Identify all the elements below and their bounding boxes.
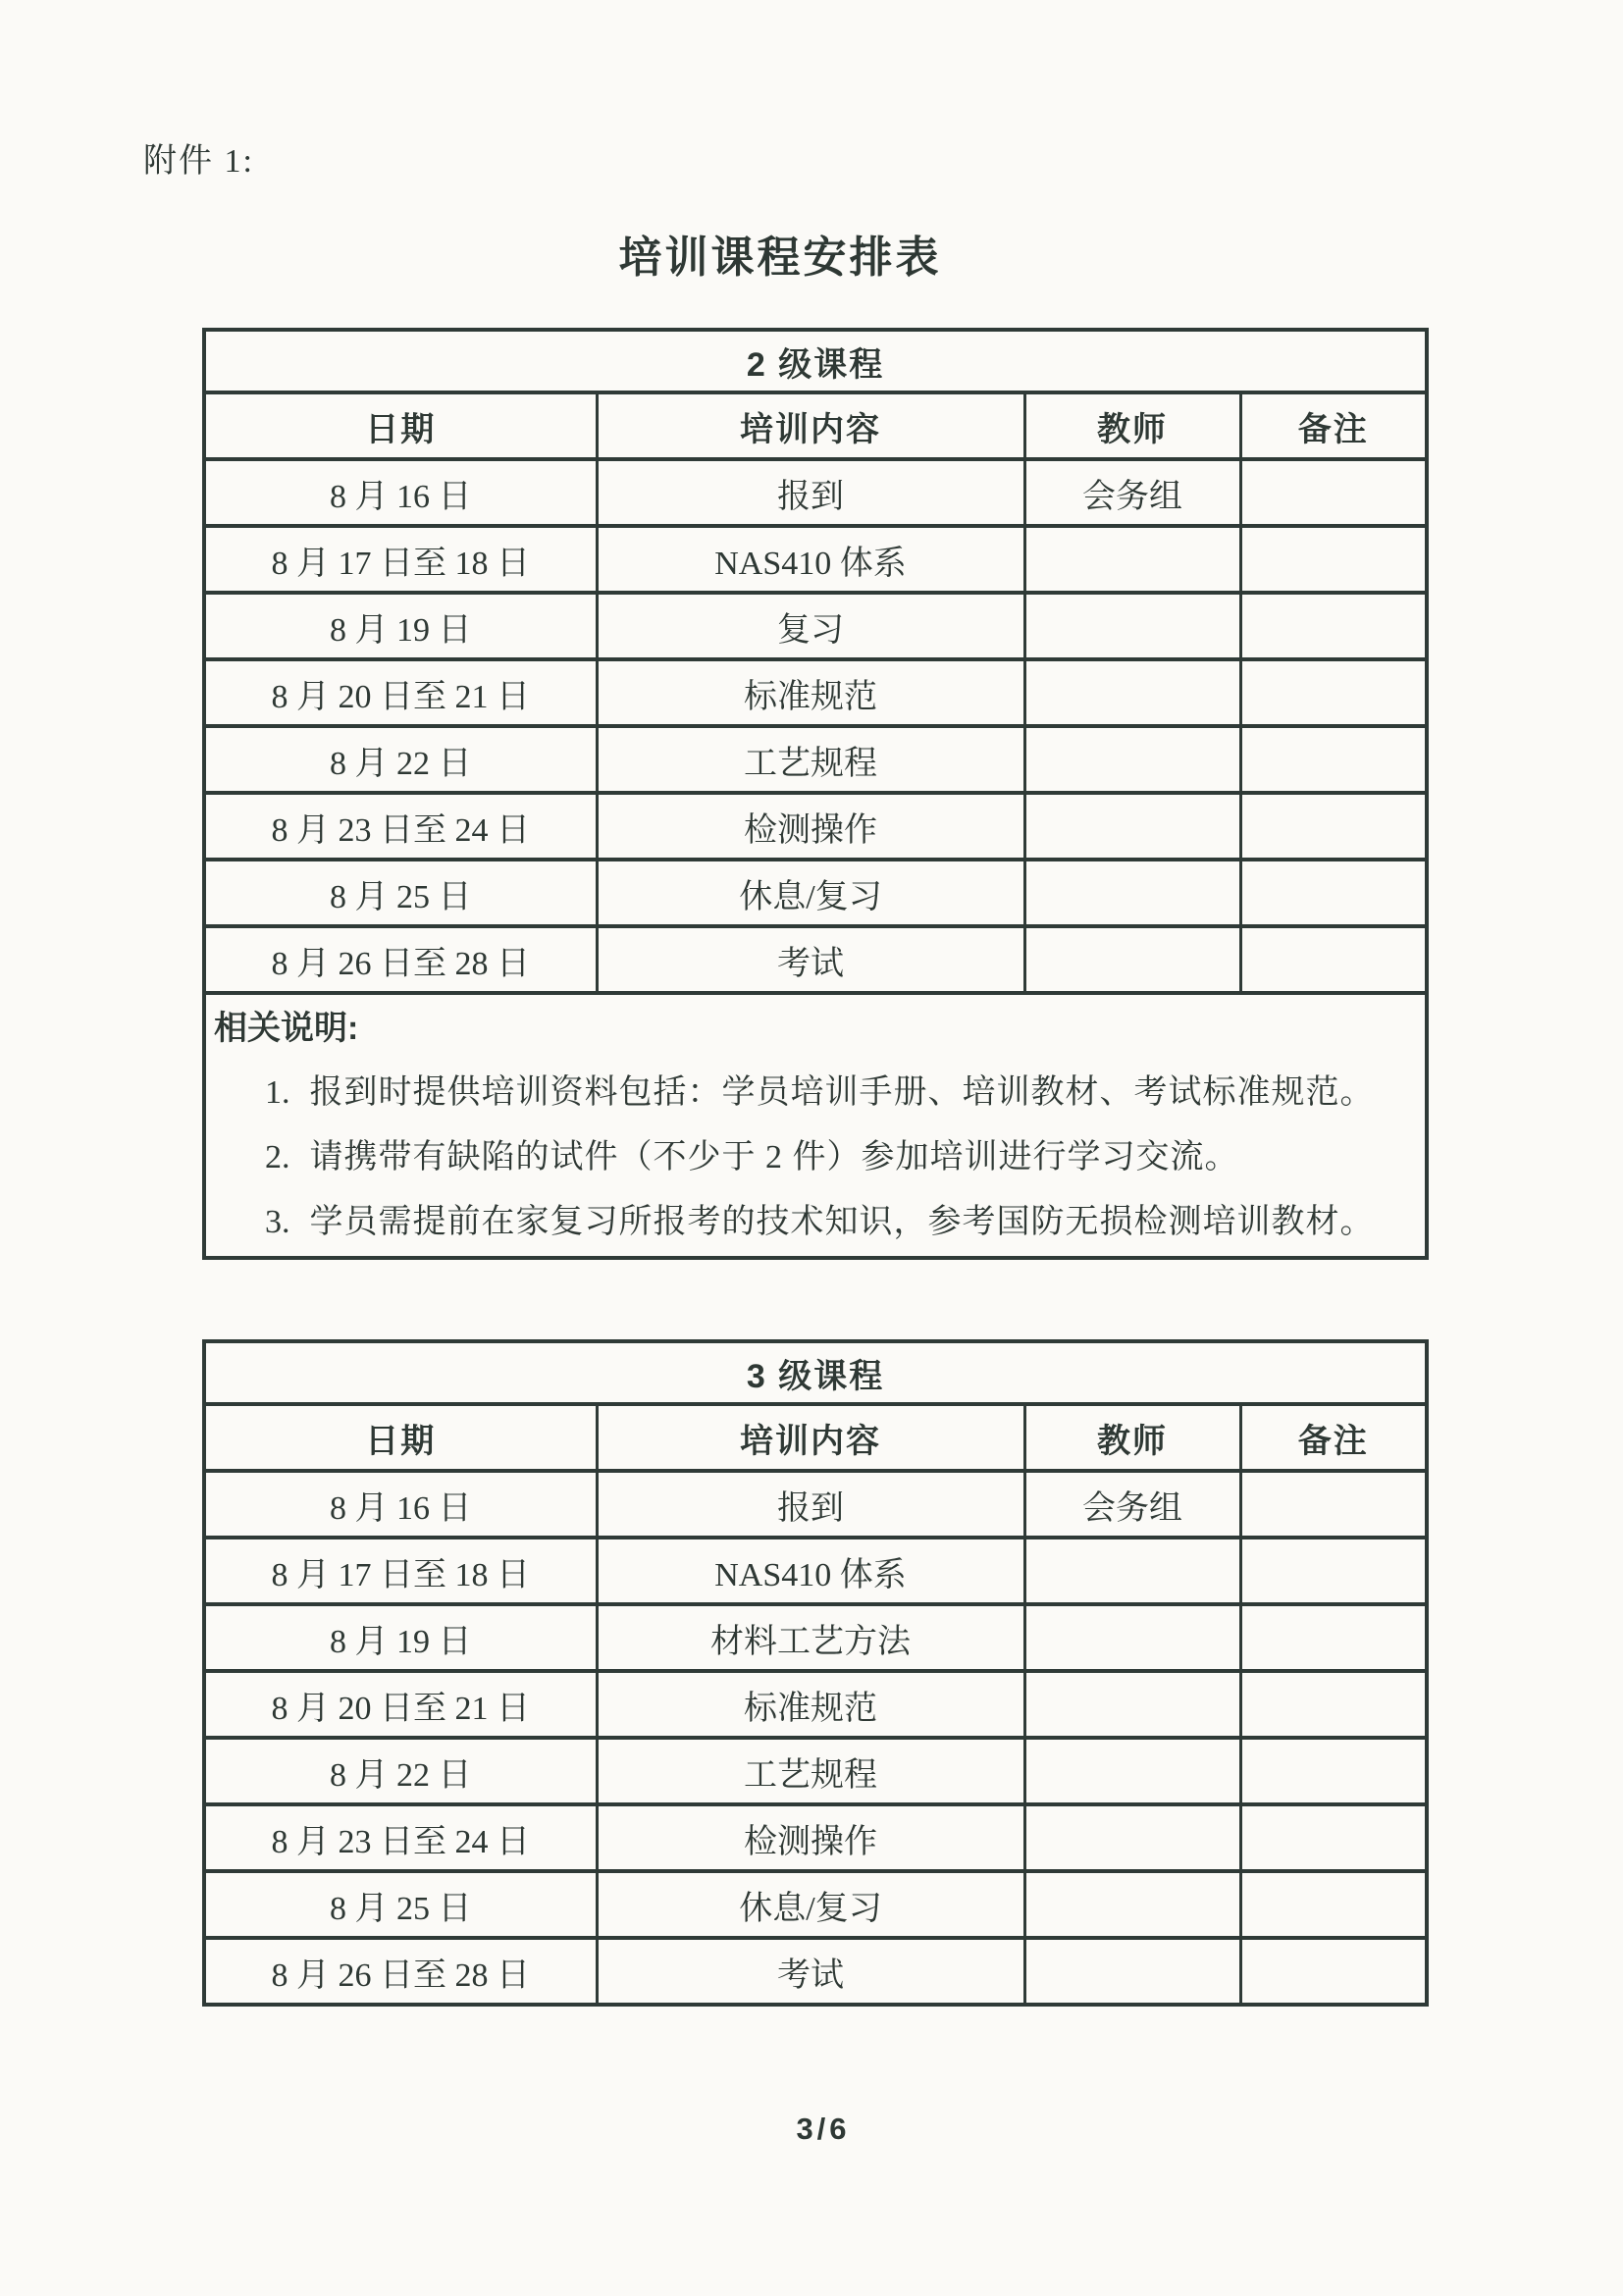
content-cell: 检测操作 <box>597 793 1024 860</box>
content-cell: 标准规范 <box>597 1671 1024 1738</box>
content-cell: 休息/复习 <box>597 860 1024 926</box>
teacher-cell <box>1024 793 1240 860</box>
table-row: 8 月 17 日至 18 日 NAS410 体系 <box>204 526 1427 593</box>
table-title-row: 2 级课程 <box>204 330 1427 392</box>
column-header-teacher: 教师 <box>1024 392 1240 459</box>
teacher-cell <box>1024 860 1240 926</box>
remark-cell <box>1240 1938 1427 2005</box>
table-row: 8 月 20 日至 21 日 标准规范 <box>204 1671 1427 1738</box>
remark-cell <box>1240 526 1427 593</box>
note-item: 3. 学员需提前在家复习所报考的技术知识，参考国防无损检测培训教材。 <box>265 1201 1411 1244</box>
content-cell: 复习 <box>597 593 1024 659</box>
notes-row: 相关说明: 1. 报到时提供培训资料包括：学员培训手册、培训教材、考试标准规范。… <box>204 993 1427 1258</box>
note-number: 2. <box>265 1136 290 1179</box>
note-text: 学员需提前在家复习所报考的技术知识，参考国防无损检测培训教材。 <box>310 1201 1412 1244</box>
teacher-cell <box>1024 726 1240 793</box>
table-row: 8 月 26 日至 28 日 考试 <box>204 1938 1427 2005</box>
teacher-cell: 会务组 <box>1024 459 1240 526</box>
teacher-cell <box>1024 1538 1240 1604</box>
teacher-cell <box>1024 526 1240 593</box>
content-cell: 标准规范 <box>597 659 1024 726</box>
date-cell: 8 月 22 日 <box>204 1738 597 1804</box>
date-cell: 8 月 17 日至 18 日 <box>204 1538 597 1604</box>
page-number: 3/6 <box>12 2112 1623 2147</box>
table-header-row: 日期 培训内容 教师 备注 <box>204 1404 1427 1471</box>
remark-cell <box>1240 860 1427 926</box>
date-cell: 8 月 19 日 <box>204 593 597 659</box>
date-cell: 8 月 25 日 <box>204 1871 597 1938</box>
content-cell: 考试 <box>597 926 1024 993</box>
column-header-remark: 备注 <box>1240 392 1427 459</box>
date-cell: 8 月 16 日 <box>204 1471 597 1538</box>
column-header-content: 培训内容 <box>597 392 1024 459</box>
table-row: 8 月 16 日 报到 会务组 <box>204 1471 1427 1538</box>
remark-cell <box>1240 793 1427 860</box>
remark-cell <box>1240 459 1427 526</box>
remark-cell <box>1240 1738 1427 1804</box>
content-cell: 工艺规程 <box>597 1738 1024 1804</box>
teacher-cell <box>1024 1938 1240 2005</box>
table-row: 8 月 23 日至 24 日 检测操作 <box>204 793 1427 860</box>
table-title: 2 级课程 <box>204 330 1427 392</box>
teacher-cell <box>1024 1804 1240 1871</box>
table-title-row: 3 级课程 <box>204 1341 1427 1404</box>
date-cell: 8 月 17 日至 18 日 <box>204 526 597 593</box>
teacher-cell: 会务组 <box>1024 1471 1240 1538</box>
notes-title: 相关说明: <box>214 1007 1411 1050</box>
remark-cell <box>1240 1671 1427 1738</box>
remark-cell <box>1240 926 1427 993</box>
note-item: 2. 请携带有缺陷的试件（不少于 2 件）参加培训进行学习交流。 <box>265 1136 1411 1179</box>
note-text: 报到时提供培训资料包括：学员培训手册、培训教材、考试标准规范。 <box>310 1071 1412 1115</box>
notes-section: 相关说明: 1. 报到时提供培训资料包括：学员培训手册、培训教材、考试标准规范。… <box>204 993 1427 1258</box>
teacher-cell <box>1024 1738 1240 1804</box>
teacher-cell <box>1024 926 1240 993</box>
content-cell: 报到 <box>597 459 1024 526</box>
date-cell: 8 月 26 日至 28 日 <box>204 1938 597 2005</box>
content-cell: 休息/复习 <box>597 1871 1024 1938</box>
table-row: 8 月 23 日至 24 日 检测操作 <box>204 1804 1427 1871</box>
remark-cell <box>1240 1604 1427 1671</box>
table-row: 8 月 22 日 工艺规程 <box>204 1738 1427 1804</box>
remark-cell <box>1240 1471 1427 1538</box>
note-number: 3. <box>265 1201 290 1244</box>
column-header-teacher: 教师 <box>1024 1404 1240 1471</box>
table-header-row: 日期 培训内容 教师 备注 <box>204 392 1427 459</box>
level2-course-table: 2 级课程 日期 培训内容 教师 备注 8 月 16 日 报到 会务组 8 月 … <box>202 328 1429 1260</box>
table-row: 8 月 19 日 复习 <box>204 593 1427 659</box>
date-cell: 8 月 20 日至 21 日 <box>204 1671 597 1738</box>
table-row: 8 月 19 日 材料工艺方法 <box>204 1604 1427 1671</box>
teacher-cell <box>1024 593 1240 659</box>
remark-cell <box>1240 1871 1427 1938</box>
date-cell: 8 月 19 日 <box>204 1604 597 1671</box>
date-cell: 8 月 22 日 <box>204 726 597 793</box>
content-cell: 报到 <box>597 1471 1024 1538</box>
table-row: 8 月 26 日至 28 日 考试 <box>204 926 1427 993</box>
table-row: 8 月 22 日 工艺规程 <box>204 726 1427 793</box>
date-cell: 8 月 23 日至 24 日 <box>204 1804 597 1871</box>
note-item: 1. 报到时提供培训资料包括：学员培训手册、培训教材、考试标准规范。 <box>265 1071 1411 1115</box>
content-cell: NAS410 体系 <box>597 526 1024 593</box>
column-header-date: 日期 <box>204 1404 597 1471</box>
note-number: 1. <box>265 1071 290 1115</box>
page-title: 培训课程安排表 <box>0 222 1592 285</box>
content-cell: 工艺规程 <box>597 726 1024 793</box>
document-page: 附件 1: 培训课程安排表 2 级课程 日期 培训内容 教师 备注 8 月 16… <box>0 0 1623 2296</box>
content-cell: 考试 <box>597 1938 1024 2005</box>
level3-course-table: 3 级课程 日期 培训内容 教师 备注 8 月 16 日 报到 会务组 8 月 … <box>202 1339 1429 2007</box>
remark-cell <box>1240 1538 1427 1604</box>
date-cell: 8 月 23 日至 24 日 <box>204 793 597 860</box>
remark-cell <box>1240 659 1427 726</box>
date-cell: 8 月 26 日至 28 日 <box>204 926 597 993</box>
column-header-content: 培训内容 <box>597 1404 1024 1471</box>
date-cell: 8 月 20 日至 21 日 <box>204 659 597 726</box>
teacher-cell <box>1024 1671 1240 1738</box>
column-header-date: 日期 <box>204 392 597 459</box>
remark-cell <box>1240 726 1427 793</box>
table-title: 3 级课程 <box>204 1341 1427 1404</box>
remark-cell <box>1240 1804 1427 1871</box>
teacher-cell <box>1024 1604 1240 1671</box>
content-cell: 检测操作 <box>597 1804 1024 1871</box>
table-row: 8 月 17 日至 18 日 NAS410 体系 <box>204 1538 1427 1604</box>
date-cell: 8 月 25 日 <box>204 860 597 926</box>
teacher-cell <box>1024 659 1240 726</box>
content-cell: 材料工艺方法 <box>597 1604 1024 1671</box>
table-row: 8 月 16 日 报到 会务组 <box>204 459 1427 526</box>
content-cell: NAS410 体系 <box>597 1538 1024 1604</box>
table-row: 8 月 25 日 休息/复习 <box>204 1871 1427 1938</box>
remark-cell <box>1240 593 1427 659</box>
date-cell: 8 月 16 日 <box>204 459 597 526</box>
table-row: 8 月 20 日至 21 日 标准规范 <box>204 659 1427 726</box>
attachment-label: 附件 1: <box>143 133 254 182</box>
note-text: 请携带有缺陷的试件（不少于 2 件）参加培训进行学习交流。 <box>310 1136 1412 1179</box>
teacher-cell <box>1024 1871 1240 1938</box>
table-row: 8 月 25 日 休息/复习 <box>204 860 1427 926</box>
column-header-remark: 备注 <box>1240 1404 1427 1471</box>
